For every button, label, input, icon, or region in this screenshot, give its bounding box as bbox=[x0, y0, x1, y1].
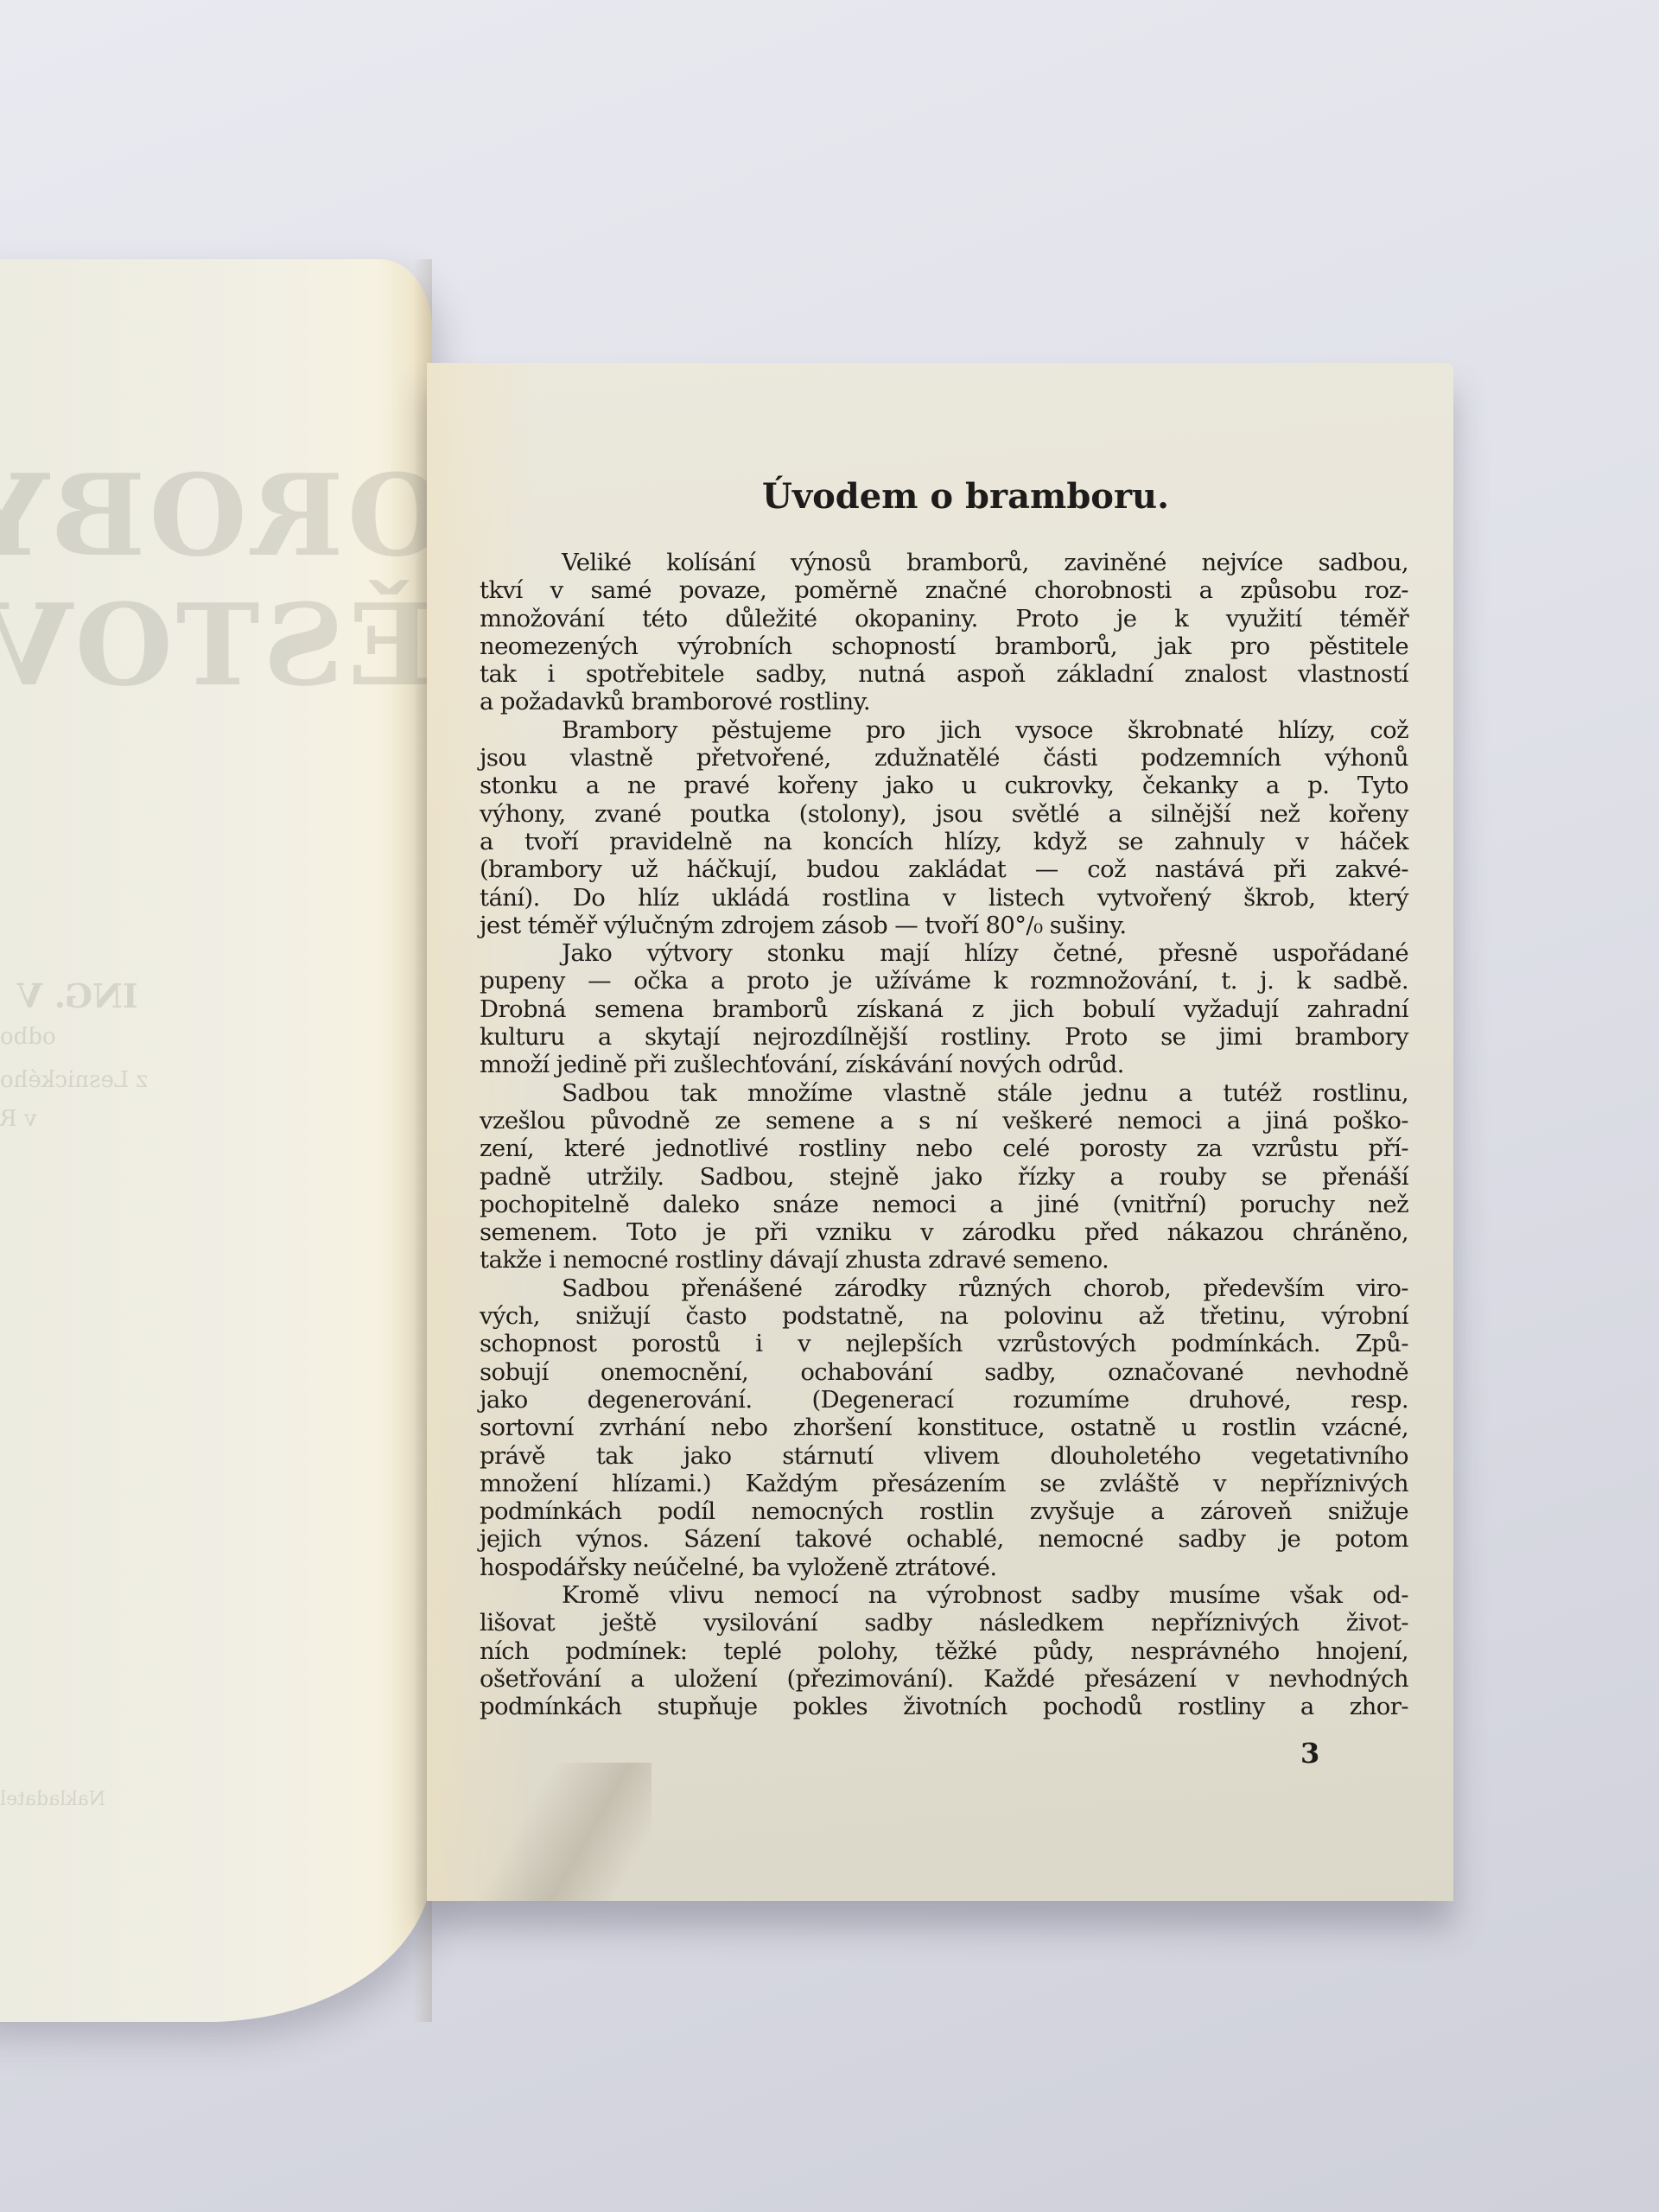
text-line: podmínkách podíl nemocných rostlin zvyšu… bbox=[480, 1497, 1408, 1525]
text-line: vzešlou původně ze semene a s ní veškeré… bbox=[480, 1107, 1408, 1135]
bleed-through-author: ING. V bbox=[17, 976, 138, 1015]
text-line: Brambory pěstujeme pro jich vysoce škrob… bbox=[480, 716, 1408, 744]
text-line: stonku a ne pravé kořeny jako u cukrovky… bbox=[480, 772, 1408, 799]
text-line: ních podmínek: teplé polohy, těžké půdy,… bbox=[480, 1637, 1408, 1665]
text-line: množí jedině při zušlechťování, získáván… bbox=[480, 1051, 1408, 1078]
text-line: semenem. Toto je při vzniku v zárodku př… bbox=[480, 1218, 1408, 1246]
text-line: sortovní zvrhání nebo zhoršení konstituc… bbox=[480, 1414, 1408, 1441]
paragraph: Jako výtvory stonku mají hlízy četné, př… bbox=[480, 939, 1408, 1078]
text-line: tání). Do hlíz ukládá rostlina v listech… bbox=[480, 884, 1408, 912]
text-line: podmínkách stupňuje pokles životních poc… bbox=[480, 1693, 1408, 1720]
text-line: takže i nemocné rostliny dávají zhusta z… bbox=[480, 1246, 1408, 1274]
text-line: Kromě vlivu nemocí na výrobnost sadby mu… bbox=[480, 1581, 1408, 1609]
text-line: množování této důležité okopaniny. Proto… bbox=[480, 605, 1408, 632]
text-line: tkví v samé povaze, poměrně značné choro… bbox=[480, 576, 1408, 604]
text-line: lišovat ještě vysilování sadby následkem… bbox=[480, 1609, 1408, 1637]
page-fold-shadow bbox=[479, 1763, 652, 1901]
text-line: právě tak jako stárnutí vlivem dlouholet… bbox=[480, 1442, 1408, 1470]
paragraph: Sadbou přenášené zárodky různých chorob,… bbox=[480, 1274, 1408, 1581]
page-title: Úvodem o bramboru. bbox=[480, 471, 1408, 523]
text-line: Sadbou přenášené zárodky různých chorob,… bbox=[480, 1274, 1408, 1302]
text-line: schopnost porostů i v nejlepších vzrůsto… bbox=[480, 1330, 1408, 1357]
text-line: Jako výtvory stonku mají hlízy četné, př… bbox=[480, 939, 1408, 967]
bleed-through-line: odbo bbox=[0, 1024, 56, 1050]
text-line: zení, které jednotlivé rostliny nebo cel… bbox=[480, 1135, 1408, 1162]
text-line: a tvoří pravidelně na koncích hlízy, kdy… bbox=[480, 828, 1408, 855]
text-line: jejich výnos. Sázení takové ochablé, nem… bbox=[480, 1525, 1408, 1553]
text-line: výhony, zvané poutka (stolony), jsou svě… bbox=[480, 800, 1408, 828]
text-line: sobují onemocnění, ochabování sadby, ozn… bbox=[480, 1358, 1408, 1386]
text-line: Sadbou tak množíme vlastně stále jednu a… bbox=[480, 1079, 1408, 1107]
text-line: pupeny — očka a proto je užíváme k rozmn… bbox=[480, 967, 1408, 995]
text-line: jako degenerování. (Degenerací rozumíme … bbox=[480, 1386, 1408, 1414]
page-text: Úvodem o bramboru. Veliké kolísání výnos… bbox=[480, 471, 1408, 1720]
bleed-through-line: z Lesnického bbox=[0, 1067, 148, 1093]
text-line: hospodářsky neúčelné, ba vyloženě ztráto… bbox=[480, 1554, 1408, 1581]
text-line: a požadavků bramborové rostliny. bbox=[480, 688, 1408, 715]
text-line: kulturu a skytají nejrozdílnější rostlin… bbox=[480, 1023, 1408, 1051]
text-line: neomezených výrobních schopností brambor… bbox=[480, 632, 1408, 660]
left-page: CHOROBY A PĚSTOV ING. V odbo z Lesnickéh… bbox=[0, 259, 432, 2022]
text-line: jest téměř výlučným zdrojem zásob — tvoř… bbox=[480, 912, 1408, 939]
text-line: Veliké kolísání výnosů bramborů, zaviněn… bbox=[480, 549, 1408, 576]
text-line: (brambory už háčkují, budou zakládat — c… bbox=[480, 855, 1408, 883]
text-line: padně utržily. Sadbou, stejně jako řízky… bbox=[480, 1163, 1408, 1191]
text-line: ošetřování a uložení (přezimování). Každ… bbox=[480, 1665, 1408, 1693]
paragraph: Veliké kolísání výnosů bramborů, zaviněn… bbox=[480, 549, 1408, 716]
paragraph: Brambory pěstujeme pro jich vysoce škrob… bbox=[480, 716, 1408, 939]
page-number: 3 bbox=[1300, 1737, 1319, 1770]
text-line: množení hlízami.) Každým přesázením se z… bbox=[480, 1470, 1408, 1497]
text-line: jsou vlastně přetvořené, zdužnatělé část… bbox=[480, 744, 1408, 772]
text-line: tak i spotřebitele sadby, nutná aspoň zá… bbox=[480, 660, 1408, 688]
paragraph: Kromě vlivu nemocí na výrobnost sadby mu… bbox=[480, 1581, 1408, 1720]
paragraph: Sadbou tak množíme vlastně stále jednu a… bbox=[480, 1079, 1408, 1274]
text-line: pochopitelně daleko snáze nemoci a jiné … bbox=[480, 1191, 1408, 1218]
text-line: Drobná semena bramborů získaná z jich bo… bbox=[480, 995, 1408, 1023]
bleed-through-publisher: Nakladatel bbox=[0, 1789, 105, 1810]
text-line: vých, snižují často podstatně, na polovi… bbox=[480, 1302, 1408, 1330]
bleed-through-line: v R bbox=[0, 1106, 37, 1132]
